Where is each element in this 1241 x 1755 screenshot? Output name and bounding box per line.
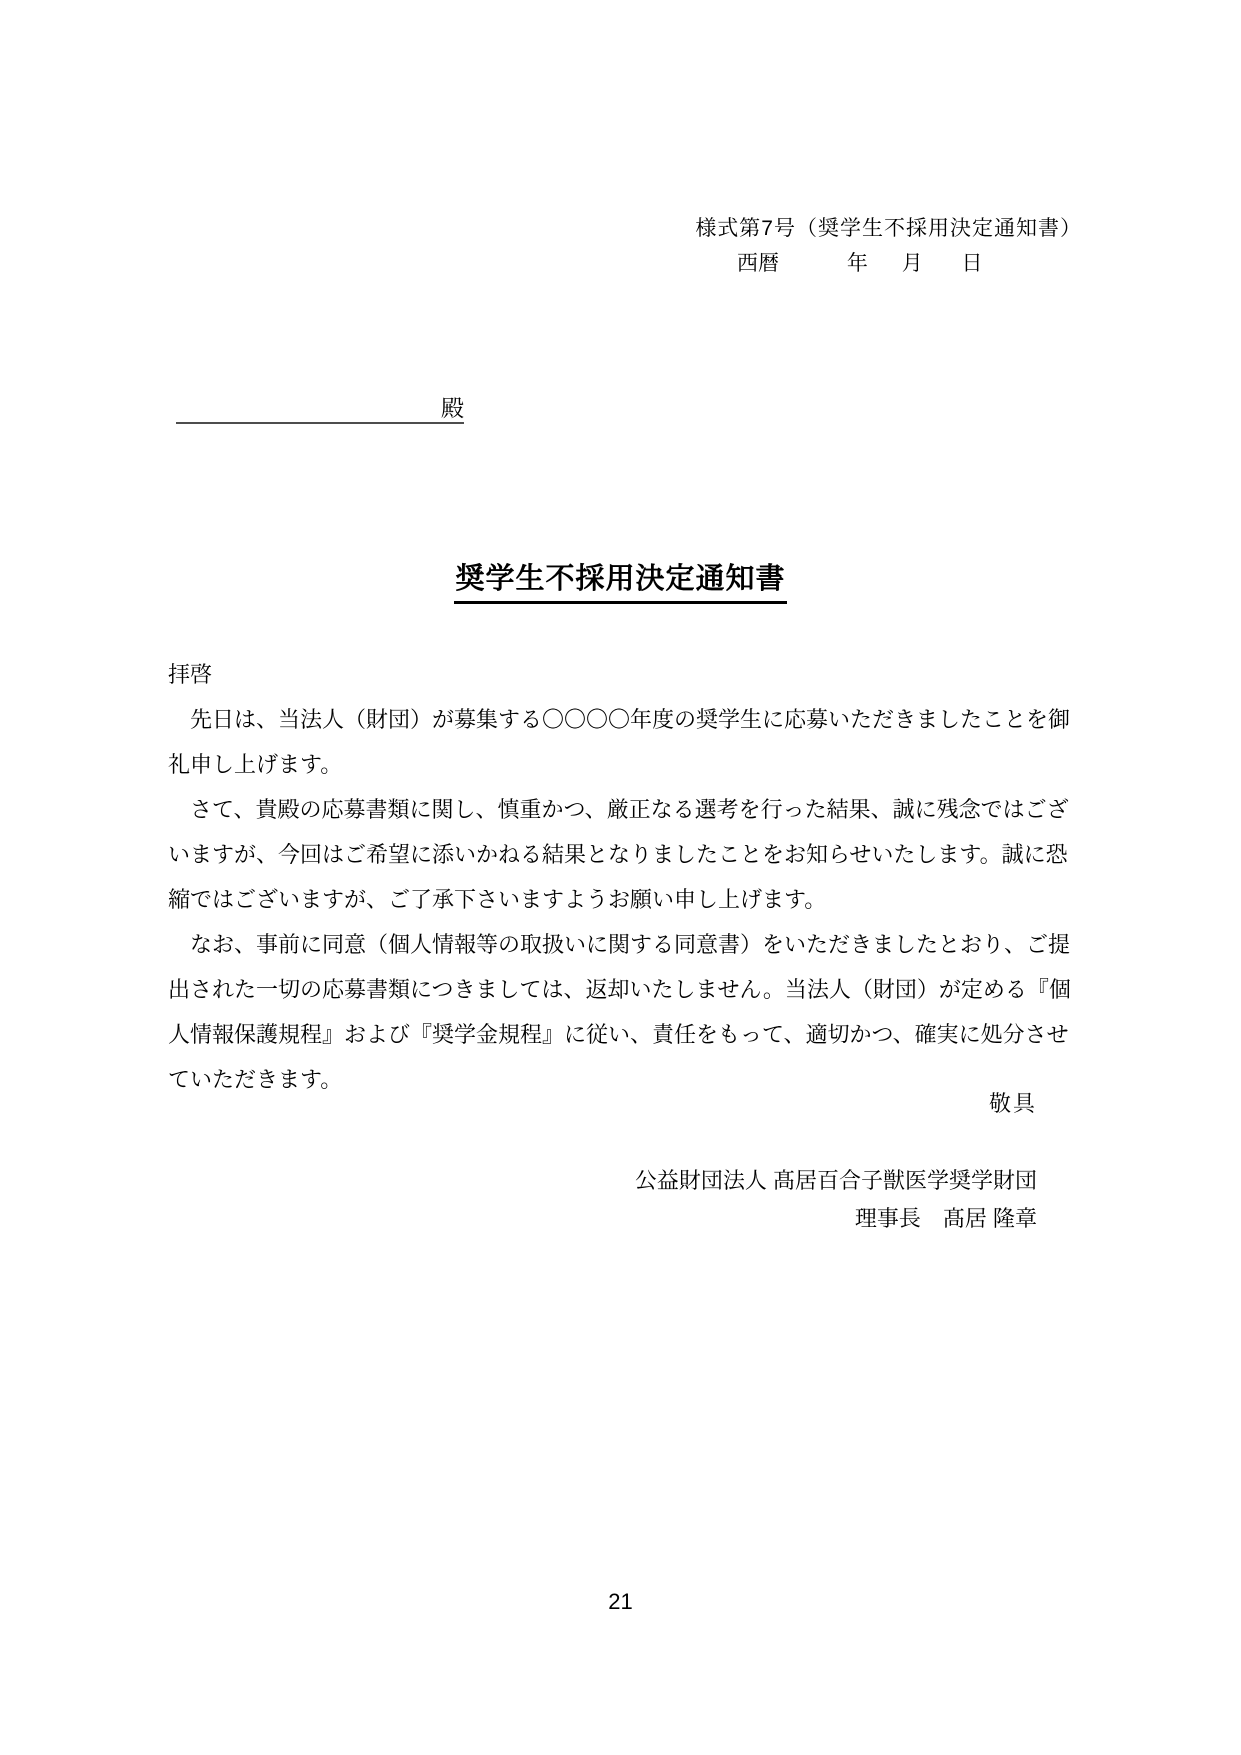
closing-word: 敬具 [989, 1087, 1037, 1118]
paragraph-1-line-1: 先日は、当法人（財団）が募集する〇〇〇〇年度の奨学生に応募いただきましたことを御 [168, 697, 1084, 742]
paragraph-3-line-4: ていただきます。 [168, 1057, 1084, 1102]
paragraph-1-line-2: 礼申し上げます。 [168, 742, 1084, 787]
paragraph-3-line-2: 出された一切の応募書類につきましては、返却いたしません。当法人（財団）が定める『… [168, 967, 1084, 1012]
signature-signer: 理事長 髙居 隆章 [635, 1200, 1037, 1238]
paragraph-2-line-2: いますが、今回はご希望に添いかねる結果となりましたことをお知らせいたします。誠に… [168, 832, 1084, 877]
date-era-label: 西暦 [737, 247, 779, 277]
paragraph-3-line-3: 人情報保護規程』および『奨学金規程』に従い、責任をもって、適切かつ、確実に処分さ… [168, 1012, 1084, 1057]
letter-body: 拝啓 先日は、当法人（財団）が募集する〇〇〇〇年度の奨学生に応募いただきましたこ… [168, 652, 1084, 1102]
paragraph-2-line-1: さて、貴殿の応募書類に関し、慎重かつ、厳正なる選考を行った結果、誠に残念ではござ [168, 787, 1084, 832]
paragraph-2-line-3: 縮ではございますが、ご了承下さいますようお願い申し上げます。 [168, 877, 1084, 922]
paragraph-3-line-1: なお、事前に同意（個人情報等の取扱いに関する同意書）をいただきましたとおり、ご提 [168, 922, 1084, 967]
title-row: 奨学生不採用決定通知書 [0, 556, 1241, 604]
page-number: 21 [0, 1589, 1241, 1615]
document-page: 様式第7号（奨学生不採用決定通知書） 西暦 年 月 日 殿 奨学生不採用決定通知… [0, 0, 1241, 1755]
signature-block: 公益財団法人 髙居百合子獣医学奨学財団 理事長 髙居 隆章 [635, 1162, 1037, 1238]
date-line: 西暦 年 月 日 [737, 247, 983, 273]
signature-organization: 公益財団法人 髙居百合子獣医学奨学財団 [635, 1162, 1037, 1200]
date-day-label: 日 [962, 247, 983, 277]
recipient-name-blank: 殿 [176, 393, 464, 424]
salutation: 拝啓 [168, 652, 1084, 697]
recipient-honorific: 殿 [441, 395, 464, 421]
form-number-label: 様式第7号（奨学生不採用決定通知書） [695, 212, 1082, 242]
document-title: 奨学生不採用決定通知書 [454, 556, 786, 604]
date-year-label: 年 [847, 247, 868, 277]
date-month-label: 月 [902, 247, 923, 277]
